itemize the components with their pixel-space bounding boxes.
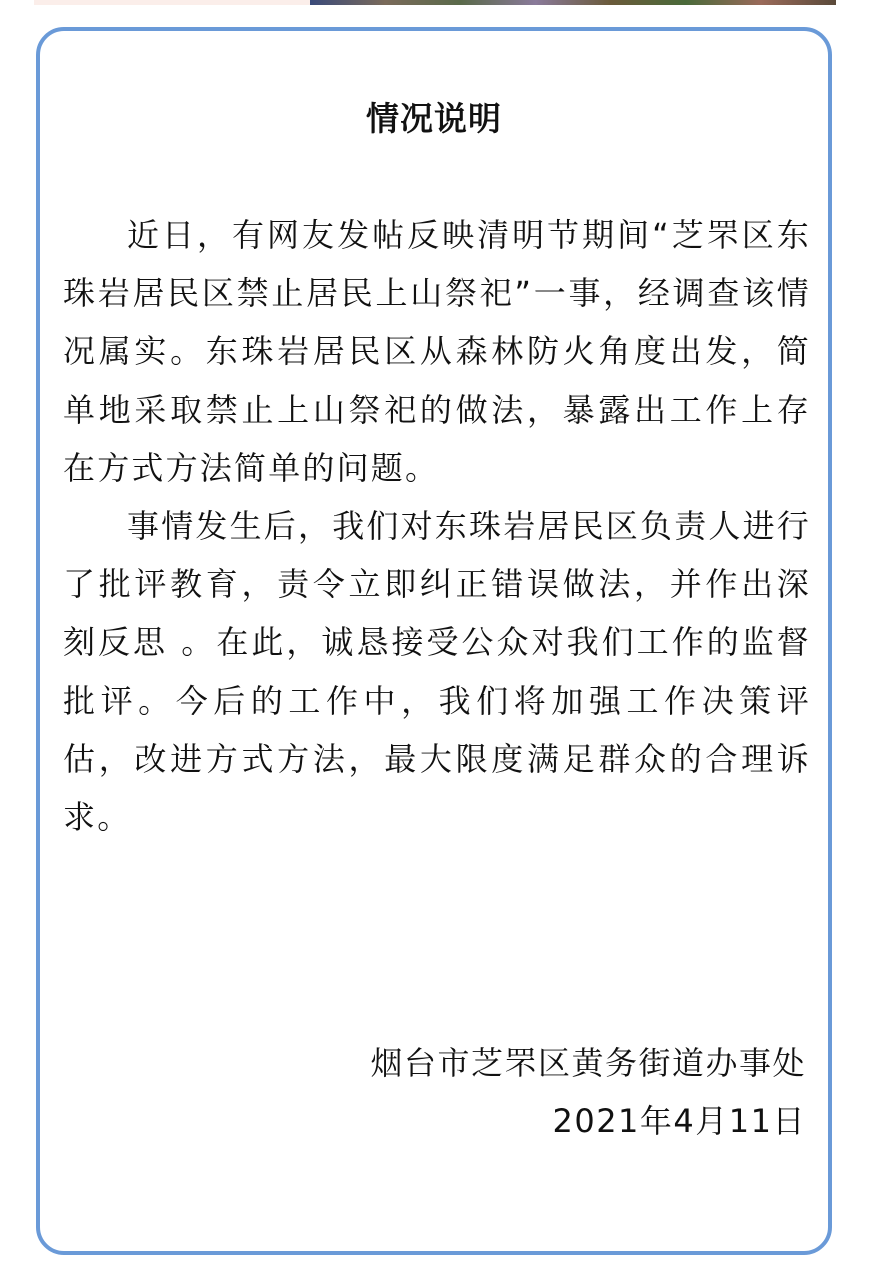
top-banner-image — [310, 0, 836, 5]
signature-date: 2021年4月11日 — [370, 1092, 806, 1150]
document-body: 近日，有网友发帖反映清明节期间“芝罘区东珠岩居民区禁止居民上山祭祀”一事，经调查… — [63, 206, 811, 846]
signature-block: 烟台市芝罘区黄务街道办事处 2021年4月11日 — [370, 1034, 806, 1150]
paragraph-1: 近日，有网友发帖反映清明节期间“芝罘区东珠岩居民区禁止居民上山祭祀”一事，经调查… — [63, 206, 811, 497]
document-title: 情况说明 — [40, 93, 828, 140]
statement-card: 情况说明 近日，有网友发帖反映清明节期间“芝罘区东珠岩居民区禁止居民上山祭祀”一… — [36, 27, 832, 1255]
signature-organization: 烟台市芝罘区黄务街道办事处 — [370, 1034, 806, 1092]
paragraph-2: 事情发生后，我们对东珠岩居民区负责人进行了批评教育，责令立即纠正错误做法，并作出… — [63, 497, 811, 846]
